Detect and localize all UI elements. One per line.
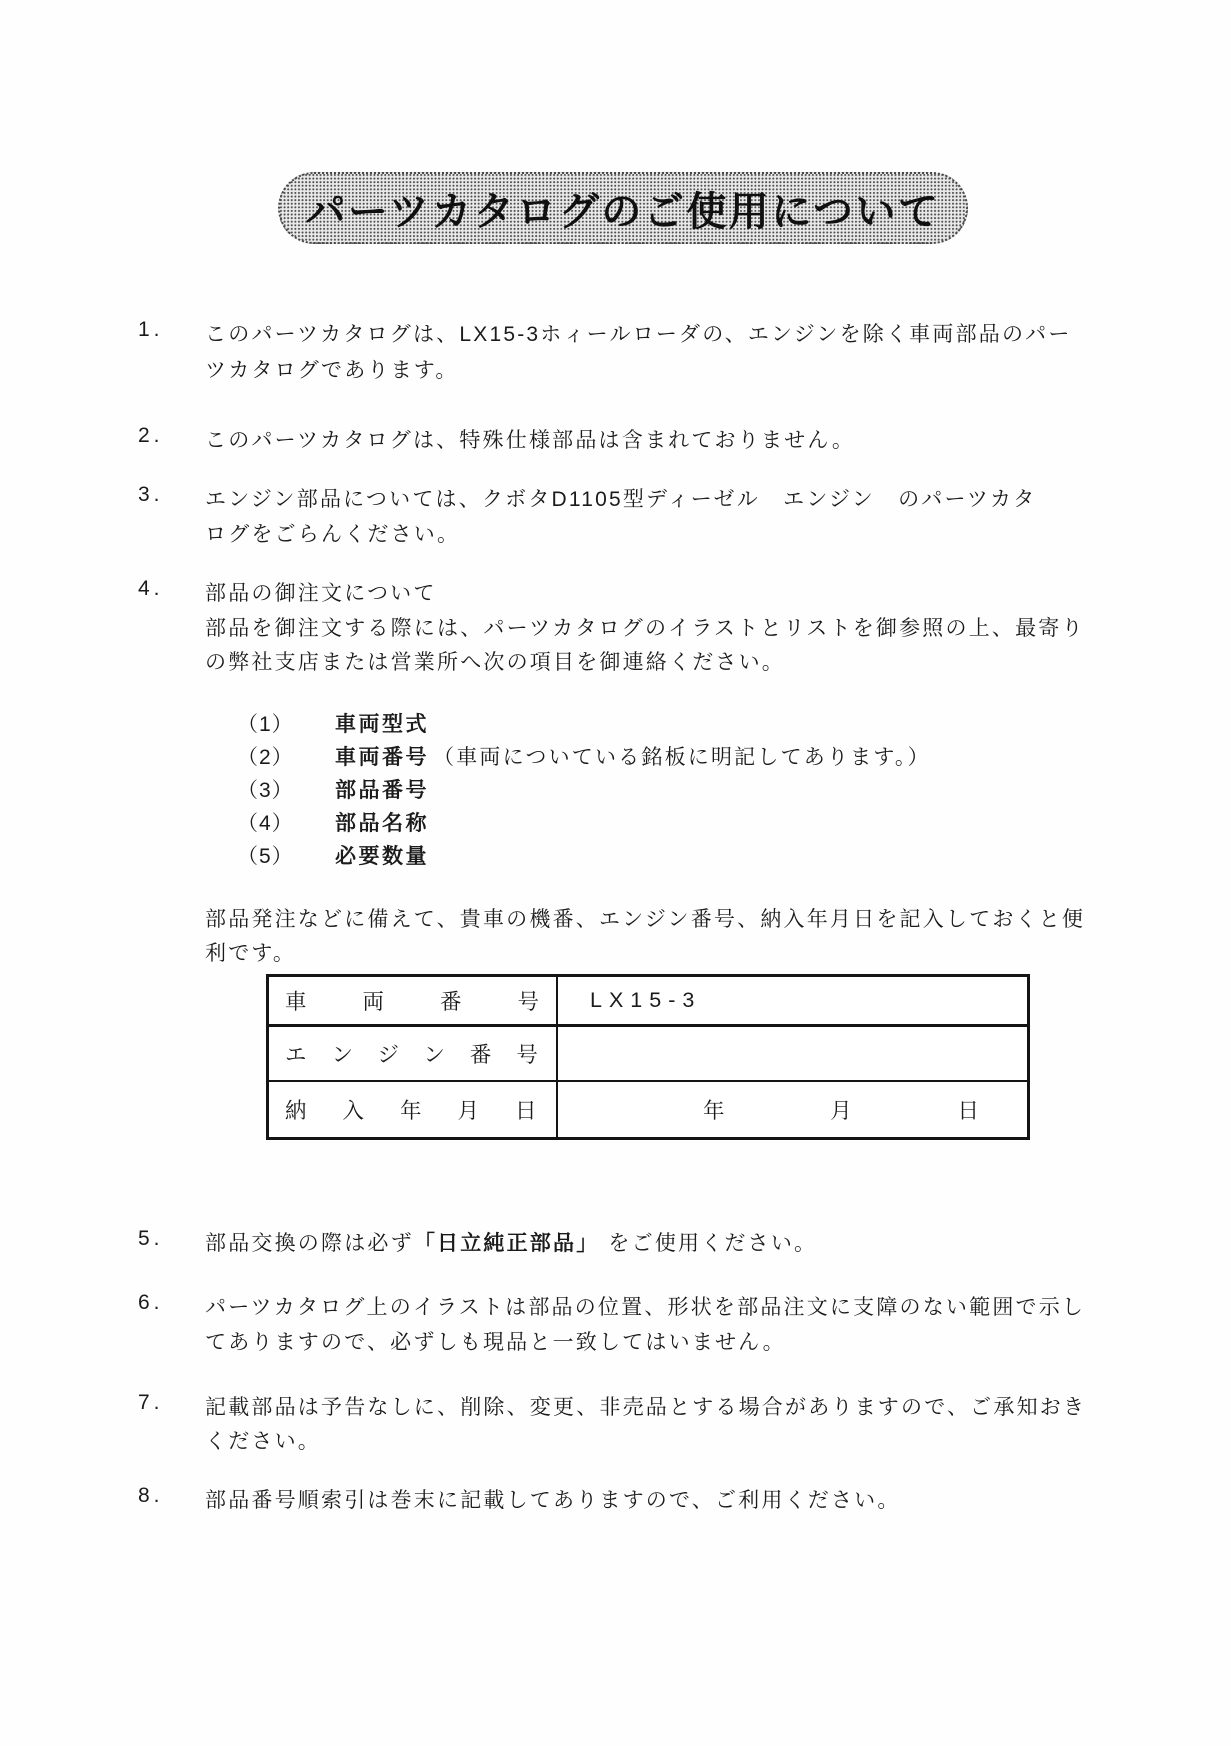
- order-item-5: （5） 必要数量: [237, 840, 433, 870]
- section-5-text-post: をご使用ください。: [608, 1232, 817, 1255]
- delivery-date-label: 納入年月日: [285, 1094, 558, 1125]
- section-5-number: 5.: [138, 1227, 164, 1251]
- section-3-line-1: エンジン部品については、クボタD1105型ディーゼル エンジン のパーツカタ: [205, 483, 1036, 513]
- delivery-date-day-unit: 日: [957, 1094, 979, 1125]
- section-5-text-pre: 部品交換の際は必ず: [205, 1232, 414, 1255]
- section-5-line-1: 部品交換の際は必ず「日立純正部品」をご使用ください。: [205, 1227, 817, 1257]
- order-item-2-label: 車両番号: [335, 741, 429, 771]
- document-page: パーツカタログのご使用について 1. このパーツカタログは、LX15-3ホィール…: [0, 0, 1231, 1746]
- order-item-4: （4） 部品名称: [237, 807, 433, 837]
- section-7-number: 7.: [138, 1391, 164, 1415]
- order-item-4-number: （4）: [237, 807, 303, 837]
- delivery-date-label-cell: 納入年月日: [269, 1082, 558, 1137]
- section-1-number: 1.: [138, 318, 164, 342]
- title-banner: パーツカタログのご使用について: [278, 172, 968, 244]
- delivery-date-year-unit: 年: [703, 1094, 725, 1125]
- section-2-number: 2.: [138, 424, 164, 448]
- order-item-3-number: （3）: [237, 774, 303, 804]
- section-4-line-1: 部品を御注文する際には、パーツカタログのイラストとリストを御参照の上、最寄り: [205, 612, 1085, 642]
- order-item-2-number: （2）: [237, 741, 303, 771]
- delivery-date-month-unit: 月: [830, 1094, 852, 1125]
- order-item-3-label: 部品番号: [335, 774, 429, 804]
- order-item-1: （1） 車両型式: [237, 708, 433, 738]
- section-4-line-2: の弊社支店または営業所へ次の項目を御連絡ください。: [205, 646, 785, 676]
- vehicle-number-value: LX15-3: [590, 988, 701, 1013]
- order-item-5-label: 必要数量: [335, 840, 429, 870]
- order-item-2: （2） 車両番号 （車両についている銘板に明記してあります。）: [237, 741, 931, 771]
- section-1-line-1: このパーツカタログは、LX15-3ホィールローダの、エンジンを除く車両部品のパー: [205, 318, 1072, 348]
- section-8-number: 8.: [138, 1484, 164, 1508]
- section-6-line-1: パーツカタログ上のイラストは部品の位置、形状を部品注文に支障のない範囲で示し: [205, 1291, 1085, 1321]
- page-title: パーツカタログのご使用について: [305, 180, 940, 237]
- order-item-1-label: 車両型式: [335, 708, 429, 738]
- section-3-line-2: ログをごらんください。: [205, 518, 460, 548]
- memo-line-2: 利です。: [205, 937, 296, 967]
- vehicle-number-value-cell: LX15-3: [558, 977, 1027, 1027]
- section-6-number: 6.: [138, 1291, 164, 1315]
- machine-info-table: 車両番号 LX15-3 エンジン番号 納入年月日 年 月 日: [266, 974, 1030, 1140]
- vehicle-number-label-cell: 車両番号: [269, 977, 558, 1027]
- engine-number-value-cell: [558, 1027, 1027, 1082]
- section-4-number: 4.: [138, 577, 164, 601]
- section-8-line-1: 部品番号順索引は巻末に記載してありますので、ご利用ください。: [205, 1484, 901, 1514]
- section-7-line-1: 記載部品は予告なしに、削除、変更、非売品とする場合がありますので、ご承知おき: [205, 1391, 1086, 1421]
- order-item-1-number: （1）: [237, 708, 303, 738]
- section-1-line-2: ツカタログであります。: [205, 354, 459, 384]
- engine-number-label-cell: エンジン番号: [269, 1027, 558, 1082]
- genuine-parts-emphasis: 「日立純正部品」: [414, 1232, 600, 1255]
- memo-line-1: 部品発注などに備えて、貴車の機番、エンジン番号、納入年月日を記入しておくと便: [205, 903, 1085, 933]
- order-item-2-note: （車両についている銘板に明記してあります。）: [433, 741, 931, 771]
- order-item-5-number: （5）: [237, 840, 303, 870]
- order-item-3: （3） 部品番号: [237, 774, 433, 804]
- delivery-date-value-cell: 年 月 日: [558, 1082, 1027, 1137]
- engine-number-label: エンジン番号: [285, 1038, 558, 1069]
- section-6-line-2: てありますので、必ずしも現品と一致してはいません。: [205, 1326, 786, 1356]
- section-2-line-1: このパーツカタログは、特殊仕様部品は含まれておりません。: [205, 424, 855, 454]
- order-item-4-label: 部品名称: [335, 807, 429, 837]
- section-4-heading: 部品の御注文について: [205, 577, 437, 607]
- section-3-number: 3.: [138, 483, 164, 507]
- section-7-line-2: ください。: [205, 1425, 321, 1455]
- vehicle-number-label: 車両番号: [285, 985, 558, 1016]
